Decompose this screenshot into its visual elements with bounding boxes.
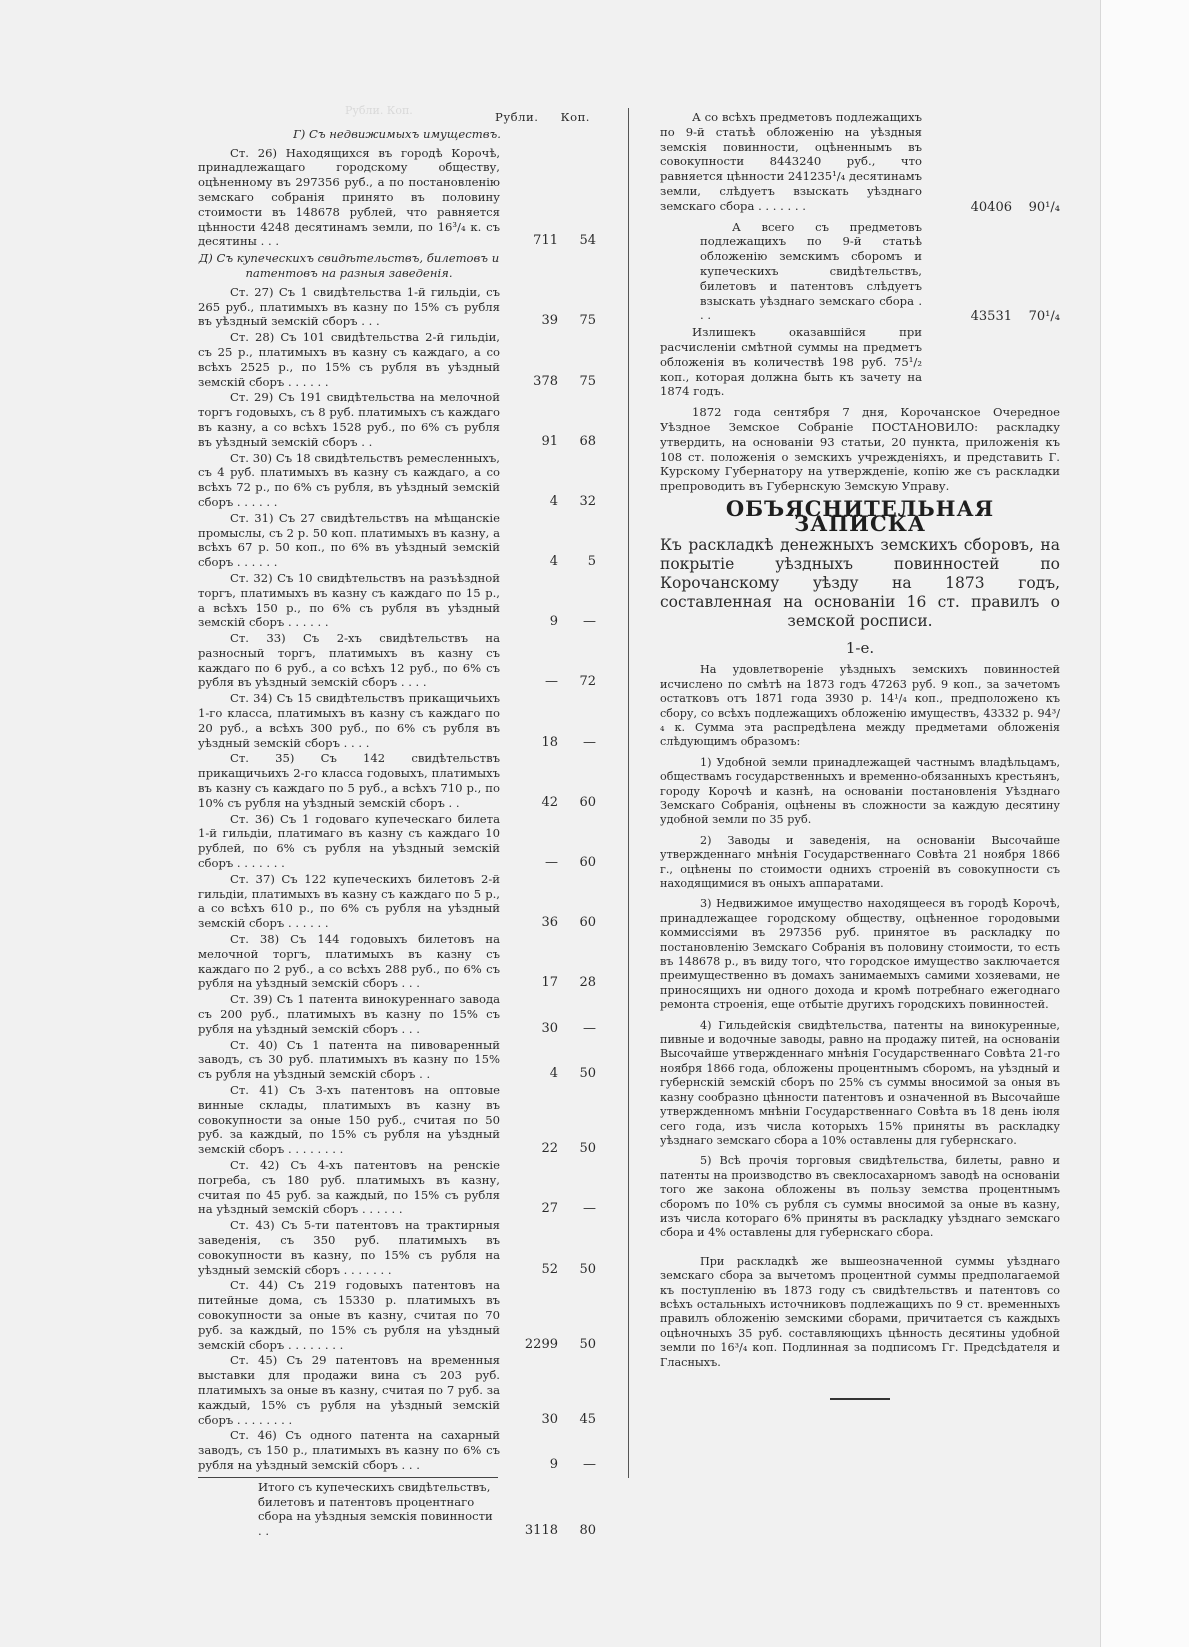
- section-heading-merchant-certificates: Д) Съ купеческихъ свидѣтельствъ, билетов…: [198, 251, 500, 281]
- assembly-resolution: 1872 года сентября 7 дня, Корочанское Оч…: [660, 405, 1060, 494]
- closing-rule: [830, 1398, 890, 1400]
- units-header: Рубли. Коп.: [198, 110, 596, 125]
- entry-rubles: 9: [500, 615, 558, 630]
- tax-entry: Ст. 43) Съ 5-ти патентовъ на трактирныя …: [198, 1218, 596, 1277]
- entry-kopeks: 50: [558, 1263, 596, 1278]
- tax-entry: Ст. 33) Съ 2-хъ свидѣтельствъ на разносн…: [198, 631, 596, 690]
- tax-entry: Ст. 38) Съ 144 годовыхъ билетовъ на мело…: [198, 932, 596, 991]
- entry-text: Ст. 46) Съ одного патента на сахарный за…: [198, 1428, 500, 1472]
- tax-entry: Ст. 32) Съ 10 свидѣтельствъ на разъѣздно…: [198, 571, 596, 630]
- explanatory-paragraph: На удовлетвореніе уѣздныхъ земскихъ пови…: [660, 663, 1060, 749]
- entry-kopeks: —: [558, 1458, 596, 1473]
- entry-text: Ст. 33) Съ 2-хъ свидѣтельствъ на разносн…: [198, 631, 500, 690]
- entry-text: Ст. 30) Съ 18 свидѣтельствъ ремесленныхъ…: [198, 451, 500, 510]
- entry-kopeks: 50: [558, 1067, 596, 1082]
- sum-row-9th-article: А со всѣхъ предметовъ подлежащихъ по 9-й…: [660, 110, 1060, 216]
- explanatory-note-subtitle: Къ раскладкѣ денежныхъ земскихъ сборовъ,…: [660, 536, 1060, 631]
- entry-kopeks: —: [558, 736, 596, 751]
- total-divider: [198, 1477, 498, 1478]
- explanatory-paragraph: При раскладкѣ же вышеозначенной суммы уѣ…: [660, 1255, 1060, 1370]
- entry-rubles: 52: [500, 1263, 558, 1278]
- sum-text: А со всѣхъ предметовъ подлежащихъ по 9-й…: [660, 110, 922, 214]
- entry-rubles: 17: [500, 976, 558, 991]
- entry-kopeks: 60: [558, 856, 596, 871]
- entry-rubles: 378: [500, 375, 558, 390]
- entry-kopeks: 60: [558, 916, 596, 931]
- entry-text: Ст. 41) Съ 3-хъ патентовъ на оптовые вин…: [198, 1083, 500, 1157]
- section-number: 1-е.: [660, 641, 1060, 656]
- tax-entry: Ст. 27) Съ 1 свидѣтельства 1-й гильдіи, …: [198, 285, 596, 329]
- tax-entry: Ст. 46) Съ одного патента на сахарный за…: [198, 1428, 596, 1472]
- total-kopeks: 80: [558, 1524, 596, 1539]
- entry-kopeks: 45: [558, 1413, 596, 1428]
- entry-kopeks: —: [558, 1202, 596, 1217]
- explanatory-paragraph: 4) Гильдейскія свидѣтельства, патенты на…: [660, 1019, 1060, 1149]
- tax-entry: Ст. 31) Съ 27 свидѣтельствъ на мѣщанскіе…: [198, 511, 596, 570]
- entry-text: Ст. 35) Съ 142 свидѣтельствъ прикащичьих…: [198, 751, 500, 810]
- entry-rubles: 9: [500, 1458, 558, 1473]
- sum-row-total: А всего съ предметовъ подлежащихъ по 9-й…: [660, 220, 1060, 326]
- entry-text: Ст. 29) Съ 191 свидѣтельства на мелочной…: [198, 390, 500, 449]
- entry-rubles: 27: [500, 1202, 558, 1217]
- column-divider: [628, 108, 629, 1478]
- entry-text: Ст. 32) Съ 10 свидѣтельствъ на разъѣздно…: [198, 571, 500, 630]
- entry-rubles: 22: [500, 1142, 558, 1157]
- entry-text: Ст. 38) Съ 144 годовыхъ билетовъ на мело…: [198, 932, 500, 991]
- tax-entry: Ст. 42) Съ 4-хъ патентовъ на ренскіе пог…: [198, 1158, 596, 1217]
- sum-fraction: 90¹/₄: [1012, 201, 1060, 216]
- tax-entry: Ст. 40) Съ 1 патента на пивоваренный зав…: [198, 1038, 596, 1082]
- entry-kopeks: 68: [558, 435, 596, 450]
- entry-rubles: 4: [500, 1067, 558, 1082]
- section-heading-real-estate: Г) Съ недвижимыхъ имуществъ.: [198, 127, 596, 142]
- total-label: Итого съ купеческихъ свидѣтельствъ, биле…: [198, 1480, 500, 1539]
- explanatory-paragraph: 5) Всѣ прочія торговыя свидѣтельства, би…: [660, 1154, 1060, 1240]
- explanatory-paragraph: 2) Заводы и заведенія, на основаніи Высо…: [660, 834, 1060, 892]
- entry-text: Ст. 42) Съ 4-хъ патентовъ на ренскіе пог…: [198, 1158, 500, 1217]
- entry-kopeks: —: [558, 615, 596, 630]
- tax-entry: Ст. 29) Съ 191 свидѣтельства на мелочной…: [198, 390, 596, 449]
- entry-rubles: 4: [500, 495, 558, 510]
- entry-kopeks: 54: [558, 234, 596, 249]
- tax-entry: Ст. 45) Съ 29 патентовъ на временныя выс…: [198, 1353, 596, 1427]
- explanatory-paragraph: 3) Недвижимое имущество находящееся въ г…: [660, 897, 1060, 1012]
- entry-kopeks: 28: [558, 976, 596, 991]
- entry-kopeks: 50: [558, 1338, 596, 1353]
- tax-entry: Ст. 26) Находящихся въ городѣ Корочѣ, пр…: [198, 146, 596, 250]
- entry-rubles: 39: [500, 314, 558, 329]
- entry-text: Ст. 43) Съ 5-ти патентовъ на трактирныя …: [198, 1218, 500, 1277]
- entry-kopeks: 5: [558, 555, 596, 570]
- explanatory-paragraph: 1) Удобной земли принадлежащей частнымъ …: [660, 756, 1060, 828]
- entry-rubles: 30: [500, 1413, 558, 1428]
- tax-entry: Ст. 30) Съ 18 свидѣтельствъ ремесленныхъ…: [198, 451, 596, 510]
- entry-text: Ст. 39) Съ 1 патента винокуреннаго завод…: [198, 992, 500, 1036]
- entry-text: Ст. 34) Съ 15 свидѣтельствъ прикащичьихъ…: [198, 691, 500, 750]
- sum-fraction: 70¹/₄: [1012, 310, 1060, 325]
- tax-entries-list: Ст. 27) Съ 1 свидѣтельства 1-й гильдіи, …: [198, 285, 596, 1473]
- right-column: А со всѣхъ предметовъ подлежащихъ по 9-й…: [660, 110, 1060, 1400]
- total-rubles: 3118: [500, 1524, 558, 1539]
- entry-text: Ст. 26) Находящихся въ городѣ Корочѣ, пр…: [198, 146, 500, 250]
- tax-entry: Ст. 28) Съ 101 свидѣтельства 2-й гильдіи…: [198, 330, 596, 389]
- surplus-note: Излишекъ оказавшійся при расчисленіи смѣ…: [660, 325, 922, 399]
- entry-rubles: 30: [500, 1022, 558, 1037]
- entry-rubles: —: [500, 675, 558, 690]
- sum-amount: 43531: [922, 310, 1012, 325]
- entry-rubles: —: [500, 856, 558, 871]
- entry-kopeks: 32: [558, 495, 596, 510]
- rubles-header: Рубли.: [495, 110, 538, 125]
- explanatory-paragraphs: На удовлетвореніе уѣздныхъ земскихъ пови…: [660, 663, 1060, 1370]
- entry-text: Ст. 37) Съ 122 купеческихъ билетовъ 2-й …: [198, 872, 500, 931]
- entry-kopeks: —: [558, 1022, 596, 1037]
- entry-kopeks: 60: [558, 796, 596, 811]
- entry-kopeks: 75: [558, 314, 596, 329]
- entry-rubles: 711: [500, 234, 558, 249]
- entry-rubles: 18: [500, 736, 558, 751]
- entry-rubles: 36: [500, 916, 558, 931]
- left-column: Рубли. Коп. Г) Съ недвижимыхъ имуществъ.…: [198, 110, 596, 1539]
- tax-entry: Ст. 37) Съ 122 купеческихъ билетовъ 2-й …: [198, 872, 596, 931]
- entry-kopeks: 75: [558, 375, 596, 390]
- total-row: Итого съ купеческихъ свидѣтельствъ, биле…: [198, 1480, 596, 1539]
- entry-text: Ст. 28) Съ 101 свидѣтельства 2-й гильдіи…: [198, 330, 500, 389]
- sum-amount: 40406: [922, 201, 1012, 216]
- entry-text: Ст. 40) Съ 1 патента на пивоваренный зав…: [198, 1038, 500, 1082]
- entry-rubles: 4: [500, 555, 558, 570]
- entry-text: Ст. 44) Съ 219 годовыхъ патентовъ на пит…: [198, 1278, 500, 1352]
- entry-kopeks: 50: [558, 1142, 596, 1157]
- entry-text: Ст. 27) Съ 1 свидѣтельства 1-й гильдіи, …: [198, 285, 500, 329]
- explanatory-note-title: ОБЪЯСНИТЕЛЬНАЯ ЗАПИСКА: [660, 502, 1060, 532]
- entry-text: Ст. 45) Съ 29 патентовъ на временныя выс…: [198, 1353, 500, 1427]
- tax-entry: Ст. 34) Съ 15 свидѣтельствъ прикащичьихъ…: [198, 691, 596, 750]
- tax-entry: Ст. 35) Съ 142 свидѣтельствъ прикащичьих…: [198, 751, 596, 810]
- tax-entry: Ст. 39) Съ 1 патента винокуреннаго завод…: [198, 992, 596, 1036]
- tax-entry: Ст. 44) Съ 219 годовыхъ патентовъ на пит…: [198, 1278, 596, 1352]
- entry-rubles: 42: [500, 796, 558, 811]
- page-edge: [1100, 0, 1189, 1647]
- entry-rubles: 2299: [500, 1338, 558, 1353]
- entry-rubles: 91: [500, 435, 558, 450]
- tax-entry: Ст. 36) Съ 1 годоваго купеческаго билета…: [198, 812, 596, 871]
- entry-kopeks: 72: [558, 675, 596, 690]
- entry-text: Ст. 36) Съ 1 годоваго купеческаго билета…: [198, 812, 500, 871]
- sum-text: А всего съ предметовъ подлежащихъ по 9-й…: [660, 220, 922, 324]
- entry-text: Ст. 31) Съ 27 свидѣтельствъ на мѣщанскіе…: [198, 511, 500, 570]
- kopeks-header: Коп.: [561, 110, 590, 125]
- tax-entry: Ст. 41) Съ 3-хъ патентовъ на оптовые вин…: [198, 1083, 596, 1157]
